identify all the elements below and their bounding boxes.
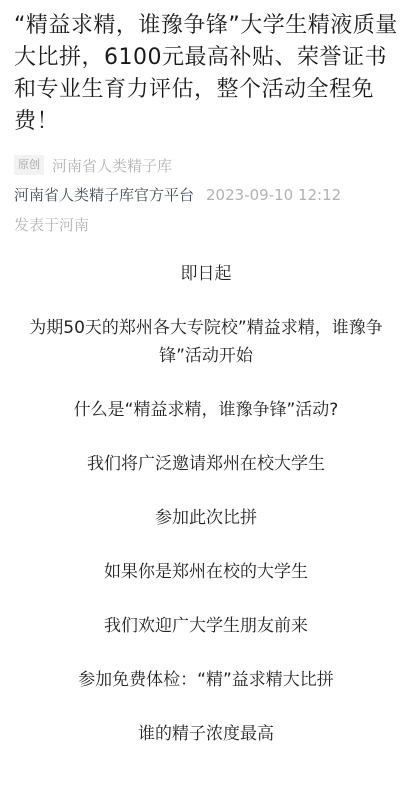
original-badge: 原创 (14, 155, 44, 175)
article: “精益求精，谁豫争锋”大学生精液质量大比拼，6100元最高补贴、荣誉证书和专业生… (0, 0, 412, 748)
paragraph: 参加免费体检：“精”益求精大比拼 (14, 666, 398, 694)
article-title: “精益求精，谁豫争锋”大学生精液质量大比拼，6100元最高补贴、荣誉证书和专业生… (14, 0, 398, 138)
article-body: 即日起 为期50天的郑州各大专院校”精益求精，谁豫争锋”活动开始 什么是“精益求… (14, 260, 398, 748)
paragraph: 参加此次比拼 (14, 504, 398, 532)
paragraph: 什么是“精益求精，谁豫争锋”活动? (14, 396, 398, 424)
paragraph: 我们将广泛邀请郑州在校大学生 (14, 450, 398, 478)
publish-location: 发表于河南 (14, 214, 398, 236)
paragraph: 即日起 (14, 260, 398, 288)
paragraph: 为期50天的郑州各大专院校”精益求精，谁豫争锋”活动开始 (17, 314, 395, 370)
paragraph: 我们欢迎广大学生朋友前来 (14, 612, 398, 640)
author-name[interactable]: 河南省人类精子库 (52, 155, 172, 176)
account-link[interactable]: 河南省人类精子库官方平台 (14, 184, 194, 206)
meta-account: 河南省人类精子库官方平台 2023-09-10 12:12 (14, 184, 398, 206)
paragraph: 谁的精子浓度最高 (14, 720, 398, 748)
paragraph: 如果你是郑州在校的大学生 (14, 558, 398, 586)
meta-origin: 原创 河南省人类精子库 (14, 154, 398, 176)
publish-date: 2023-09-10 12:12 (206, 184, 341, 206)
